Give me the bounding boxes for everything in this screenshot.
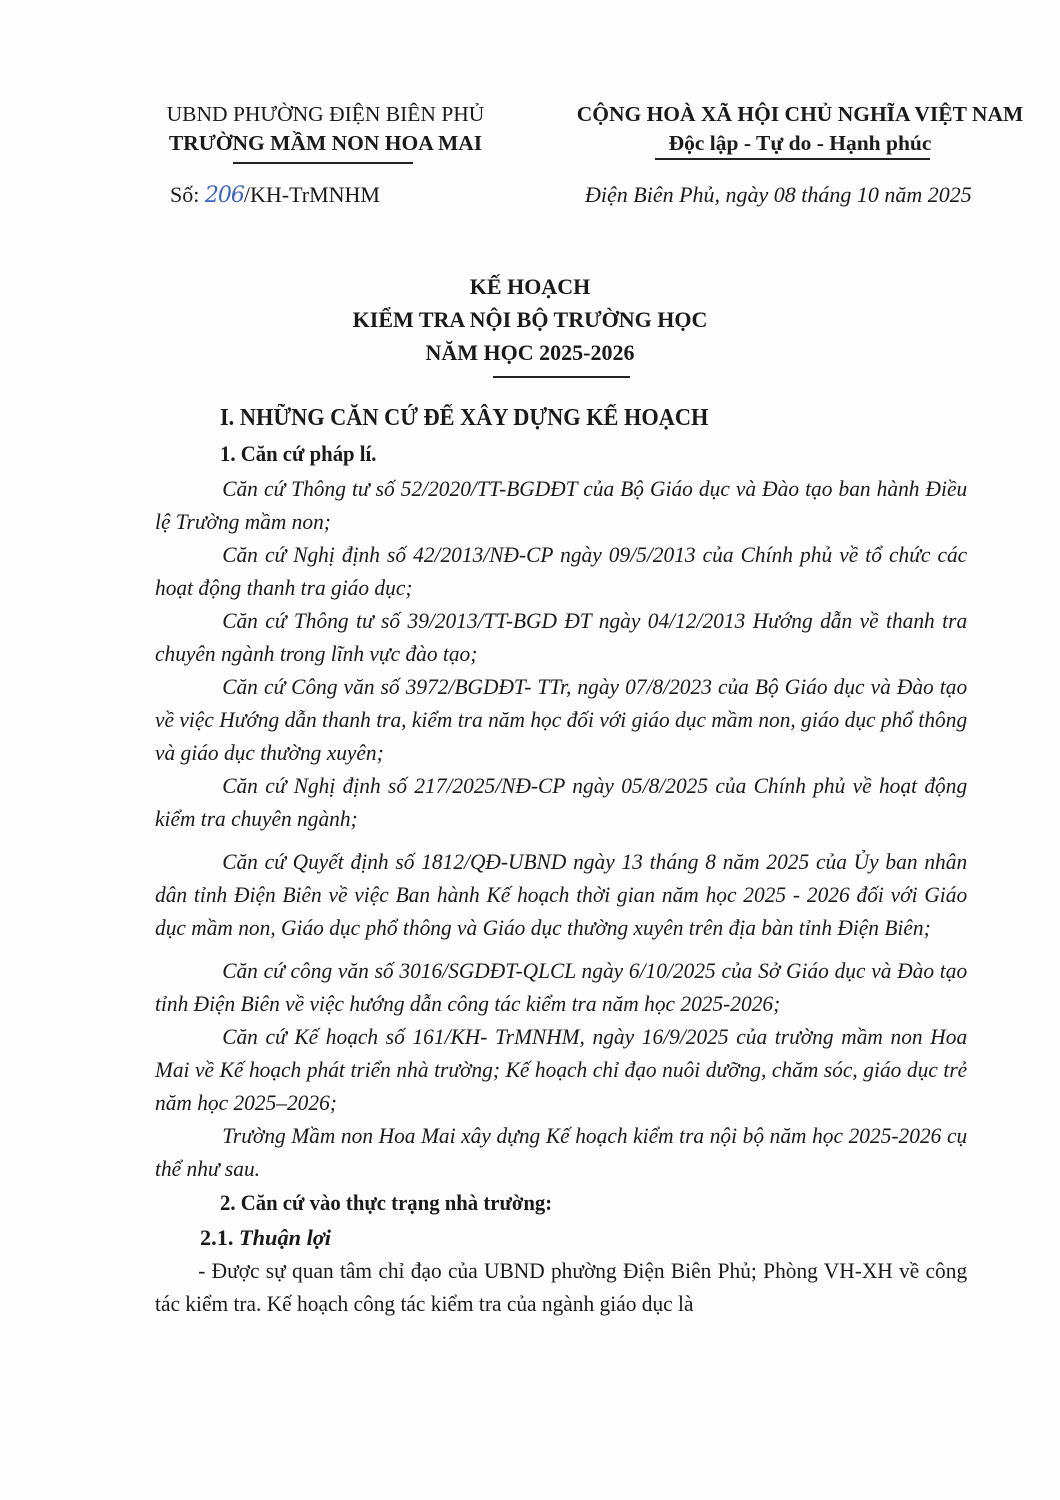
national-header-block: CỘNG HOÀ XÃ HỘI CHỦ NGHĨA VIỆT NAM Độc l… <box>560 100 1040 158</box>
sub-subsection-label: Thuận lợi <box>239 1225 331 1250</box>
divider <box>493 376 630 378</box>
school-name: TRƯỜNG MẦM NON HOA MAI <box>148 129 503 158</box>
doc-no-suffix: /KH-TrMNHM <box>244 182 380 207</box>
section-heading: I. NHỮNG CĂN CỨ ĐỂ XÂY DỰNG KẾ HOẠCH <box>220 400 915 436</box>
divider <box>655 158 930 160</box>
legal-basis-paragraph: Căn cứ Thông tư số 39/2013/TT-BGD ĐT ngà… <box>155 604 967 670</box>
sub-subsection-number: 2.1. <box>200 1225 239 1250</box>
doc-no-prefix: Số: <box>170 182 205 207</box>
legal-basis-paragraph: Căn cứ Công văn số 3972/BGDĐT- TTr, ngày… <box>155 670 967 769</box>
legal-basis-paragraph: Căn cứ Nghị định số 42/2013/NĐ-CP ngày 0… <box>155 538 967 604</box>
handwritten-number: 206 <box>205 183 244 208</box>
legal-basis-paragraph: Trường Mầm non Hoa Mai xây dựng Kế hoạch… <box>155 1119 967 1185</box>
legal-basis-paragraph: Căn cứ Nghị định số 217/2025/NĐ-CP ngày … <box>155 769 967 835</box>
subsection-heading: 2. Căn cứ vào thực trạng nhà trường: <box>220 1185 915 1221</box>
agency-name: UBND PHƯỜNG ĐIỆN BIÊN PHỦ <box>148 100 503 129</box>
document-body: I. NHỮNG CĂN CỨ ĐỂ XÂY DỰNG KẾ HOẠCH 1. … <box>155 400 967 1320</box>
divider <box>233 162 413 164</box>
body-paragraph: - Được sự quan tâm chỉ đạo của UBND phườ… <box>155 1254 967 1320</box>
title-line-1: KẾ HOẠCH <box>0 270 1060 303</box>
legal-basis-paragraph: Căn cứ Kế hoạch số 161/KH- TrMNHM, ngày … <box>155 1020 967 1119</box>
sub-subsection-heading: 2.1. Thuận lợi <box>200 1221 967 1254</box>
subsection-heading: 1. Căn cứ pháp lí. <box>220 436 915 472</box>
legal-basis-paragraph: Căn cứ công văn số 3016/SGDĐT-QLCL ngày … <box>155 954 967 1020</box>
place-date: Điện Biên Phủ, ngày 08 tháng 10 năm 2025 <box>585 182 972 208</box>
legal-basis-paragraph: Căn cứ Quyết định số 1812/QĐ-UBND ngày 1… <box>155 845 967 944</box>
document-number: Số: 206/KH-TrMNHM <box>170 182 380 208</box>
document-title: KẾ HOẠCH KIỂM TRA NỘI BỘ TRƯỜNG HỌC NĂM … <box>0 270 1060 369</box>
title-line-2: KIỂM TRA NỘI BỘ TRƯỜNG HỌC <box>0 303 1060 336</box>
title-line-3: NĂM HỌC 2025-2026 <box>0 336 1060 369</box>
legal-basis-paragraph: Căn cứ Thông tư số 52/2020/TT-BGDĐT của … <box>155 472 967 538</box>
national-motto: Độc lập - Tự do - Hạnh phúc <box>560 129 1040 158</box>
country-name: CỘNG HOÀ XÃ HỘI CHỦ NGHĨA VIỆT NAM <box>560 100 1040 129</box>
issuing-agency-block: UBND PHƯỜNG ĐIỆN BIÊN PHỦ TRƯỜNG MẦM NON… <box>148 100 503 158</box>
